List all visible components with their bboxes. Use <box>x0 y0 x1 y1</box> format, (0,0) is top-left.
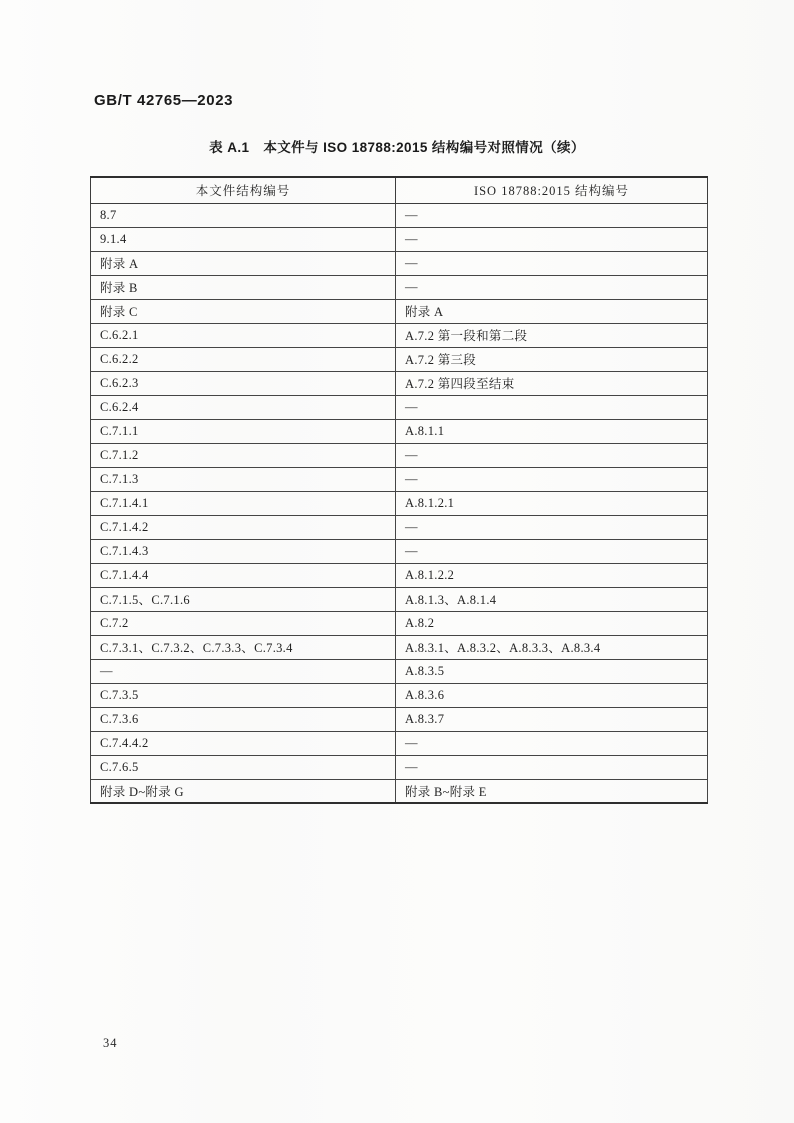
table-row: C.6.2.3A.7.2 第四段至结束 <box>91 371 708 395</box>
table-cell: A.8.3.7 <box>396 707 708 731</box>
table-row: C.6.2.2A.7.2 第三段 <box>91 347 708 371</box>
table-row: C.7.1.5、C.7.1.6A.8.1.3、A.8.1.4 <box>91 587 708 611</box>
table-cell: C.7.1.4.2 <box>91 515 396 539</box>
table-cell: — <box>396 395 708 419</box>
table-cell: A.8.1.2.2 <box>396 563 708 587</box>
table-cell: 附录 A <box>91 251 396 275</box>
table-cell: C.7.1.4.4 <box>91 563 396 587</box>
table-row: C.7.1.4.2— <box>91 515 708 539</box>
table-cell: A.7.2 第四段至结束 <box>396 371 708 395</box>
table-cell: C.7.4.4.2 <box>91 731 396 755</box>
table-row: C.7.3.1、C.7.3.2、C.7.3.3、C.7.3.4A.8.3.1、A… <box>91 635 708 659</box>
table-cell: A.8.2 <box>396 611 708 635</box>
table-title: 表 A.1 本文件与 ISO 18788:2015 结构编号对照情况（续） <box>0 136 794 156</box>
table-row: C.6.2.4— <box>91 395 708 419</box>
table-row: C.7.3.5A.8.3.6 <box>91 683 708 707</box>
table-row: 附录 C附录 A <box>91 299 708 323</box>
standard-number: GB/T 42765—2023 <box>94 92 233 109</box>
table-row: C.7.1.2— <box>91 443 708 467</box>
table-cell: 附录 B <box>91 275 396 299</box>
table-cell: A.8.1.2.1 <box>396 491 708 515</box>
table-cell: A.8.1.3、A.8.1.4 <box>396 587 708 611</box>
table-cell: — <box>396 515 708 539</box>
table-row: C.6.2.1A.7.2 第一段和第二段 <box>91 323 708 347</box>
table-row: 附录 D~附录 G附录 B~附录 E <box>91 779 708 803</box>
table-cell: C.6.2.1 <box>91 323 396 347</box>
table-row: 附录 B— <box>91 275 708 299</box>
table-cell: C.7.2 <box>91 611 396 635</box>
page-number: 34 <box>103 1036 118 1051</box>
table-cell: C.7.1.1 <box>91 419 396 443</box>
table-cell: C.7.1.2 <box>91 443 396 467</box>
table-row: C.7.1.4.1A.8.1.2.1 <box>91 491 708 515</box>
table-row: C.7.1.4.3— <box>91 539 708 563</box>
table-header-row: 本文件结构编号 ISO 18788:2015 结构编号 <box>91 177 708 203</box>
table-cell: 8.7 <box>91 203 396 227</box>
table-cell: — <box>396 443 708 467</box>
table-cell: A.8.3.5 <box>396 659 708 683</box>
table-cell: C.6.2.2 <box>91 347 396 371</box>
table-cell: C.7.3.5 <box>91 683 396 707</box>
column-header-this-document: 本文件结构编号 <box>91 177 396 203</box>
table-cell: — <box>91 659 396 683</box>
table-cell: A.8.3.1、A.8.3.2、A.8.3.3、A.8.3.4 <box>396 635 708 659</box>
document-page: GB/T 42765—2023 表 A.1 本文件与 ISO 18788:201… <box>0 0 794 1123</box>
table-cell: C.7.1.4.3 <box>91 539 396 563</box>
table-cell: A.7.2 第三段 <box>396 347 708 371</box>
table-cell: A.7.2 第一段和第二段 <box>396 323 708 347</box>
column-header-iso-18788: ISO 18788:2015 结构编号 <box>396 177 708 203</box>
table-cell: 9.1.4 <box>91 227 396 251</box>
table-row: 9.1.4— <box>91 227 708 251</box>
comparison-table-body: 8.7—9.1.4—附录 A—附录 B—附录 C附录 AC.6.2.1A.7.2… <box>91 203 708 803</box>
table-cell: C.7.1.5、C.7.1.6 <box>91 587 396 611</box>
table-cell: C.7.3.6 <box>91 707 396 731</box>
table-row: C.7.1.3— <box>91 467 708 491</box>
table-cell: — <box>396 203 708 227</box>
table-row: 8.7— <box>91 203 708 227</box>
table-cell: C.7.3.1、C.7.3.2、C.7.3.3、C.7.3.4 <box>91 635 396 659</box>
table-cell: C.7.1.4.1 <box>91 491 396 515</box>
table-cell: 附录 D~附录 G <box>91 779 396 803</box>
table-cell: — <box>396 539 708 563</box>
table-row: 附录 A— <box>91 251 708 275</box>
table-cell: — <box>396 731 708 755</box>
comparison-table-container: 本文件结构编号 ISO 18788:2015 结构编号 8.7—9.1.4—附录… <box>90 176 707 804</box>
comparison-table: 本文件结构编号 ISO 18788:2015 结构编号 8.7—9.1.4—附录… <box>90 176 708 804</box>
table-cell: C.7.1.3 <box>91 467 396 491</box>
table-cell: 附录 C <box>91 299 396 323</box>
table-row: C.7.6.5— <box>91 755 708 779</box>
table-cell: — <box>396 755 708 779</box>
table-cell: — <box>396 251 708 275</box>
table-cell: A.8.3.6 <box>396 683 708 707</box>
table-cell: 附录 A <box>396 299 708 323</box>
table-cell: C.6.2.4 <box>91 395 396 419</box>
table-row: C.7.1.4.4A.8.1.2.2 <box>91 563 708 587</box>
table-cell: — <box>396 275 708 299</box>
table-row: C.7.2A.8.2 <box>91 611 708 635</box>
table-cell: — <box>396 467 708 491</box>
table-row: C.7.3.6A.8.3.7 <box>91 707 708 731</box>
table-cell: C.7.6.5 <box>91 755 396 779</box>
table-row: C.7.1.1A.8.1.1 <box>91 419 708 443</box>
table-cell: A.8.1.1 <box>396 419 708 443</box>
table-row: —A.8.3.5 <box>91 659 708 683</box>
table-cell: — <box>396 227 708 251</box>
table-row: C.7.4.4.2— <box>91 731 708 755</box>
table-header: 本文件结构编号 ISO 18788:2015 结构编号 <box>91 177 708 203</box>
table-cell: C.6.2.3 <box>91 371 396 395</box>
table-cell: 附录 B~附录 E <box>396 779 708 803</box>
